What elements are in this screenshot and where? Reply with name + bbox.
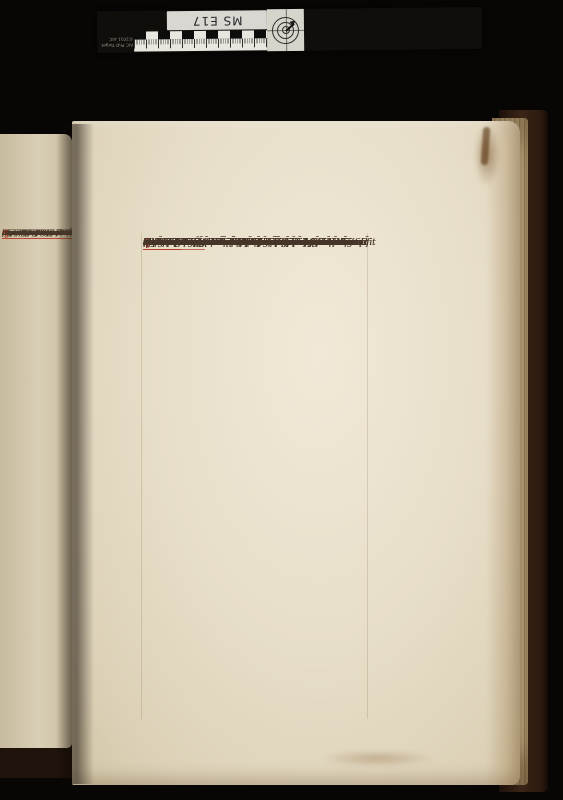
bottom-stain: [320, 750, 435, 767]
color-patch-row: [304, 7, 442, 29]
target-credit-line2: ©2011 AIC: [100, 34, 133, 41]
target-credit-text: AIC PhD Target ©2011 AIC: [100, 17, 133, 47]
calibration-target-strip: AIC PhD Target ©2011 AIC MS E17: [97, 7, 482, 53]
facing-page-edge-shading: [58, 134, 72, 748]
ruling-line-right: [367, 233, 368, 719]
manuscript-photo: ilaus uem9agrecdm dȳuon legiffimī ion me…: [0, 0, 563, 800]
browned-fore-edge-streak: [486, 121, 520, 785]
target-credit-line1: AIC PhD Target: [100, 40, 133, 47]
text-run: que fato debet̄ saluti pn̄e potissimū so…: [143, 238, 358, 248]
registration-target-icon: [267, 9, 304, 51]
facing-page: ilaus uem9agrecdm dȳuon legiffimī ion me…: [0, 134, 72, 748]
shelfmark-text: MS E17: [191, 13, 242, 28]
shelfmark-label: MS E17: [167, 10, 267, 30]
ruling-line-left: [141, 233, 142, 719]
millimeter-ruler: [134, 38, 267, 51]
recto-page: tate oā· Cōmutatō q̄lī fit ūbis pmītādo …: [72, 121, 520, 785]
gray-patch-row: [304, 28, 442, 50]
